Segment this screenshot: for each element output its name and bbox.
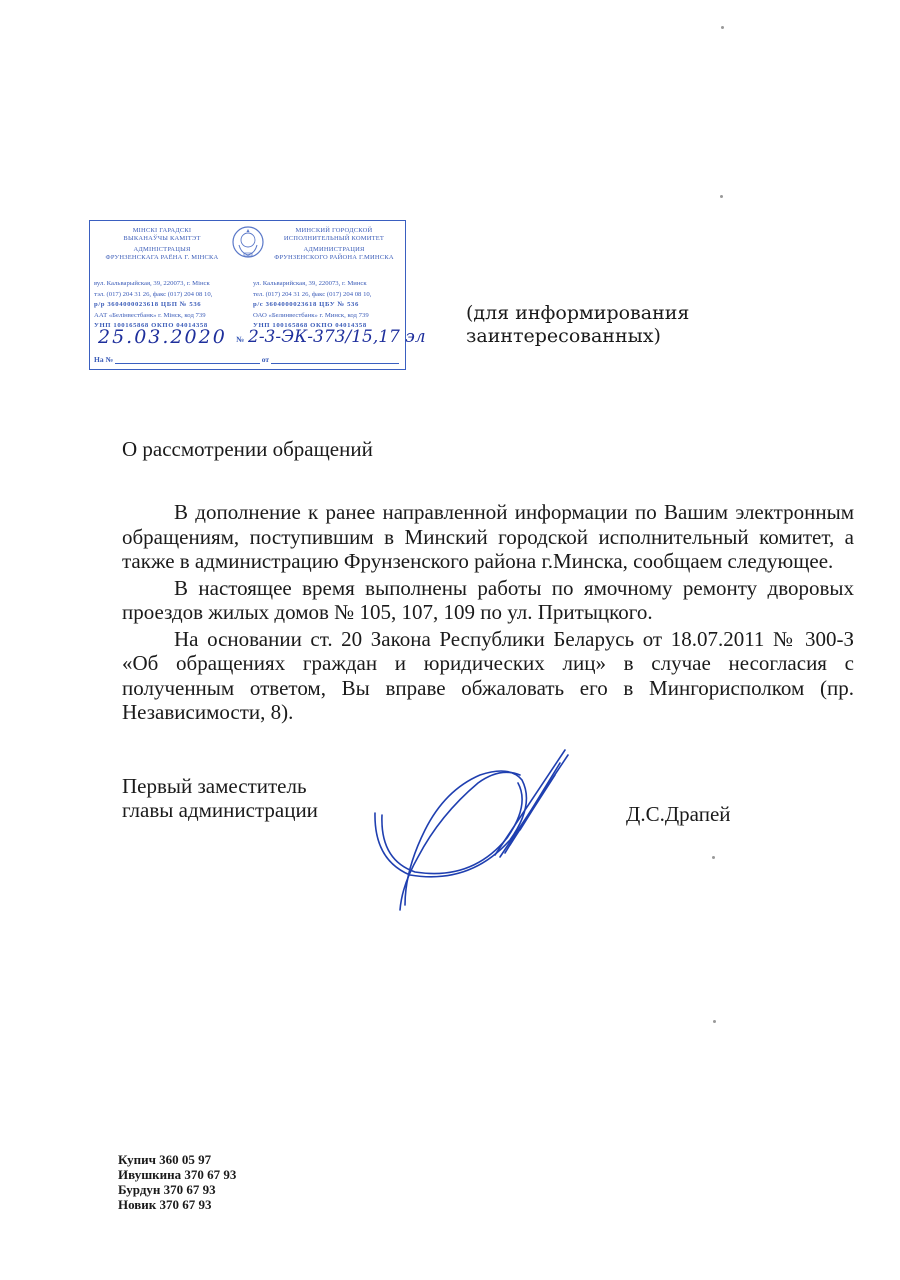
contacts-list: Купич 360 05 97 Ивушкина 370 67 93 Бурду…: [118, 1152, 236, 1212]
stamp-line: МІНСКІ ГАРАДСКІ: [92, 227, 232, 235]
stamp-line: АДМИНИСТРАЦИЯ: [264, 246, 404, 254]
contact-item: Бурдун 370 67 93: [118, 1182, 236, 1197]
from-blank: [271, 356, 399, 364]
stamp-line: ФРУНЗЕНСКАГА РАЁНА Г. МІНСКА: [92, 254, 232, 262]
stamp-line: ВЫКАНАЎЧЫ КАМІТЭТ: [92, 235, 232, 243]
requisite-line: р/с 3604000023618 ЦБУ № 536: [253, 300, 371, 311]
addressee-line: (для информирования: [466, 302, 689, 325]
requisite-line: ААТ «Белінвестбанк» г. Мінск, код 739: [94, 311, 212, 322]
position-line: главы администрации: [122, 798, 318, 822]
requisite-line: тел. (017) 204 31 26, факс (017) 204 08 …: [253, 290, 371, 301]
requisite-line: р/р 3604000023618 ЦБП № 536: [94, 300, 212, 311]
contact-item: Купич 360 05 97: [118, 1152, 236, 1167]
requisite-line: вул. Кальварыйская, 39, 220073, г. Мінск: [94, 279, 212, 290]
paragraph: На основании ст. 20 Закона Республики Бе…: [122, 627, 854, 725]
requisite-line: ул. Кальварийская, 39, 220073, г. Минск: [253, 279, 371, 290]
handwritten-date: 25.03.2020: [98, 326, 227, 348]
stamp-line: АДМІНІСТРАЦЫЯ: [92, 246, 232, 254]
stamp-line: ИСПОЛНИТЕЛЬНЫЙ КОМИТЕТ: [264, 235, 404, 243]
registration-stamp: МІНСКІ ГАРАДСКІ ВЫКАНАЎЧЫ КАМІТЭТ АДМІНІ…: [89, 220, 406, 370]
number-label: №: [236, 335, 244, 344]
requisite-line: ОАО «Белинвестбанк» г. Минск, код 739: [253, 311, 371, 322]
letter-body: В дополнение к ранее направленной информ…: [122, 500, 854, 727]
stamp-requisites-belarusian: вул. Кальварыйская, 39, 220073, г. Мінск…: [94, 279, 212, 332]
contact-item: Ивушкина 370 67 93: [118, 1167, 236, 1182]
paragraph: В дополнение к ранее направленной информ…: [122, 500, 854, 574]
stamp-reply-line: На № от: [94, 355, 399, 364]
coat-of-arms-icon: [231, 225, 265, 259]
letter-subject: О рассмотрении обращений: [122, 437, 373, 462]
stamp-header-russian: МИНСКИЙ ГОРОДСКОЙ ИСПОЛНИТЕЛЬНЫЙ КОМИТЕТ…: [264, 227, 404, 262]
stamp-header-belarusian: МІНСКІ ГАРАДСКІ ВЫКАНАЎЧЫ КАМІТЭТ АДМІНІ…: [92, 227, 232, 262]
signatory-name: Д.С.Драпей: [626, 802, 731, 827]
scan-speck: [720, 195, 723, 198]
position-line: Первый заместитель: [122, 774, 318, 798]
reply-to-label: На №: [94, 355, 113, 364]
addressee-line: заинтересованных): [466, 325, 689, 348]
scan-speck: [713, 1020, 716, 1023]
handwritten-signature: [360, 735, 570, 915]
reply-to-blank: [115, 356, 260, 364]
signatory-position: Первый заместитель главы администрации: [122, 774, 318, 822]
addressee-note: (для информирования заинтересованных): [466, 302, 689, 348]
contact-item: Новик 370 67 93: [118, 1197, 236, 1212]
scan-speck: [712, 856, 715, 859]
stamp-line: ФРУНЗЕНСКОГО РАЙОНА Г.МИНСКА: [264, 254, 404, 262]
requisite-line: тэл. (017) 204 31 26, факс (017) 204 08 …: [94, 290, 212, 301]
paragraph: В настоящее время выполнены работы по ям…: [122, 576, 854, 625]
scan-speck: [721, 26, 724, 29]
stamp-line: МИНСКИЙ ГОРОДСКОЙ: [264, 227, 404, 235]
handwritten-registration-number: 2-3-ЭК-373/15,17 эл: [248, 327, 426, 347]
from-label: от: [262, 355, 269, 364]
stamp-requisites-russian: ул. Кальварийская, 39, 220073, г. Минск …: [253, 279, 371, 332]
